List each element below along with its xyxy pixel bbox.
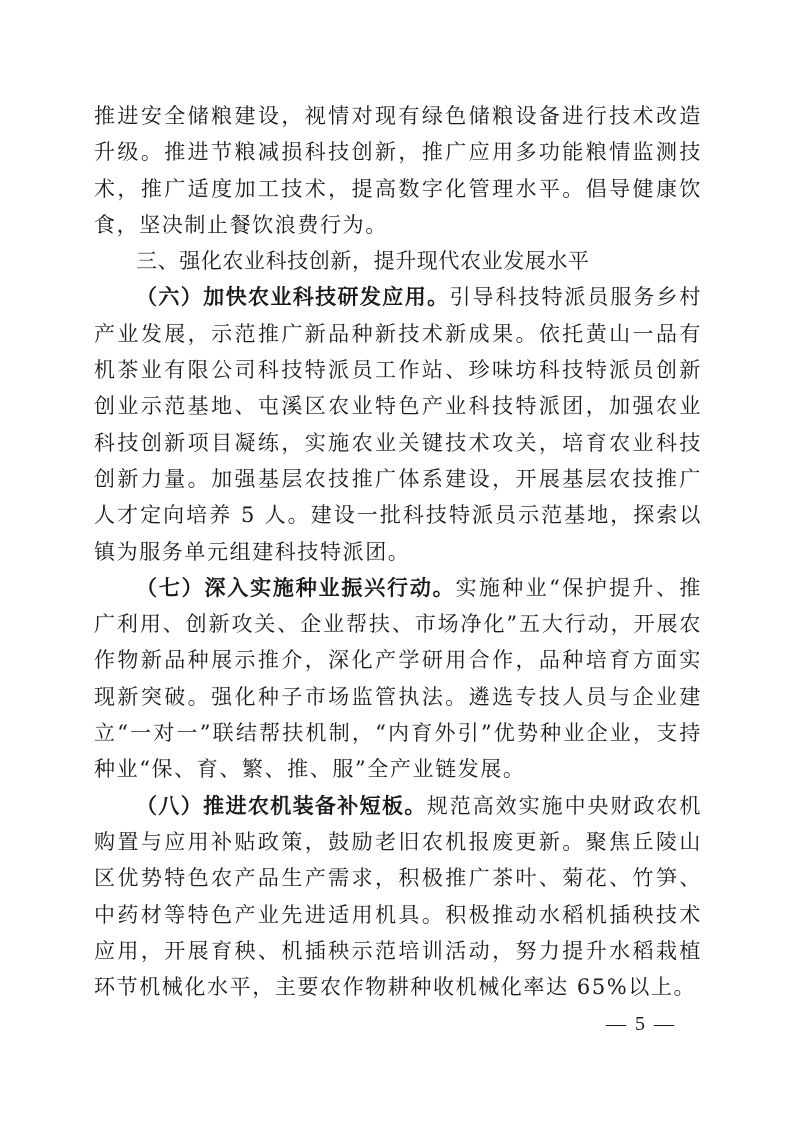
section-body-8: 规范高效实施中央财政农机购置与应用补贴政策，鼓励老旧农机报废更新。聚焦丘陵山区优… xyxy=(94,794,702,999)
section-paragraph-7: （七）深入实施种业振兴行动。实施种业“保护提升、推广利用、创新攻关、企业帮扶、市… xyxy=(94,570,702,788)
section-heading: 三、强化农业科技创新，提升现代农业发展水平 xyxy=(94,243,702,279)
page-number: — 5 — xyxy=(606,1013,676,1036)
section-body-7: 实施种业“保护提升、推广利用、创新攻关、企业帮扶、市场净化”五大行动，开展农作物… xyxy=(94,576,702,781)
section-title-8: （八）推进农机装备补短板。 xyxy=(136,793,427,818)
section-body-6: 引导科技特派员服务乡村产业发展，示范推广新品种新技术新成果。依托黄山一品有机茶业… xyxy=(94,285,702,563)
section-paragraph-6: （六）加快农业科技研发应用。引导科技特派员服务乡村产业发展，示范推广新品种新技术… xyxy=(94,279,702,569)
section-title-6: （六）加快农业科技研发应用。 xyxy=(136,284,449,309)
section-title-7: （七）深入实施种业振兴行动。 xyxy=(136,575,455,600)
section-paragraph-8: （八）推进农机装备补短板。规范高效实施中央财政农机购置与应用补贴政策，鼓励老旧农… xyxy=(94,788,702,1006)
continuation-paragraph: 推进安全储粮建设，视情对现有绿色储粮设备进行技术改造升级。推进节粮减损科技创新，… xyxy=(94,98,702,243)
document-page: 推进安全储粮建设，视情对现有绿色储粮设备进行技术改造升级。推进节粮减损科技创新，… xyxy=(94,98,702,1005)
